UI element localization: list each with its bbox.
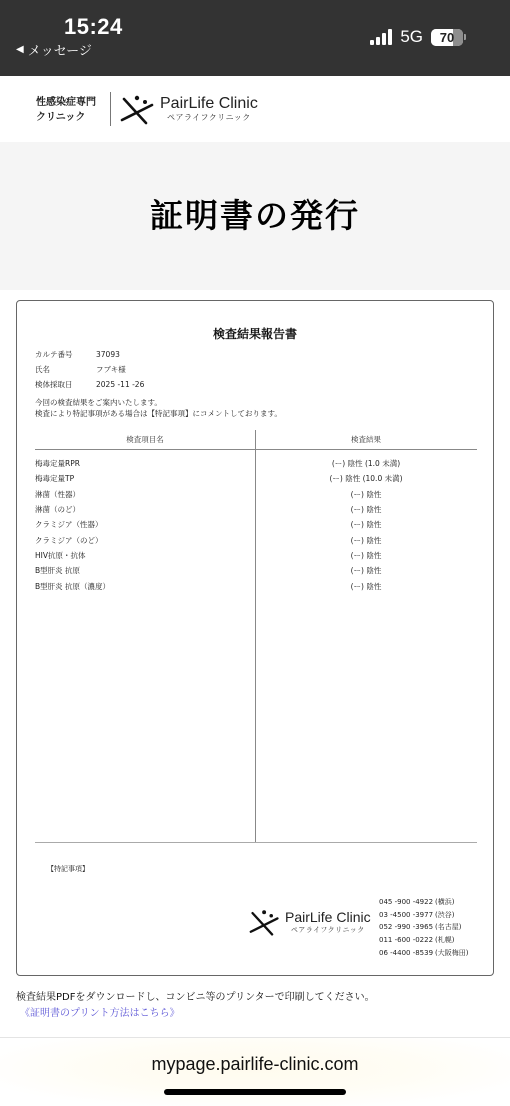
- url-text[interactable]: mypage.pairlife-clinic.com: [0, 1054, 510, 1075]
- table-row: クラミジア（性器）(ー) 陰性: [35, 517, 477, 532]
- battery-level: 70: [431, 29, 463, 46]
- logo-text-jp: ペアライフクリニック: [291, 925, 365, 935]
- table-row: 淋菌（性器）(ー) 陰性: [35, 487, 477, 502]
- home-indicator[interactable]: [164, 1089, 346, 1095]
- table-row: B型肝炎 抗原(ー) 陰性: [35, 563, 477, 578]
- back-arrow-icon: ◀: [16, 44, 24, 55]
- table-row: 淋菌（のど）(ー) 陰性: [35, 502, 477, 517]
- table-row: 梅毒定量TP(ー) 陰性 (10.0 未満): [35, 471, 477, 486]
- phone-entry: 011 -600 -0222(札幌): [379, 934, 468, 947]
- collection-date: 2025 -11 -26: [96, 380, 144, 389]
- logo-text-jp: ペアライフクリニック: [167, 113, 251, 123]
- table-bottom-divider: [35, 842, 477, 843]
- print-method-link[interactable]: 《証明書のプリント方法はこちら》: [20, 1004, 180, 1019]
- status-time: 15:24: [64, 14, 123, 40]
- battery-icon: 70: [431, 29, 463, 46]
- site-header: 性感染症専門 クリニック PairLife Clinic ペアライフクリニック: [0, 76, 510, 142]
- chart-number-row: カルテ番号 37093: [35, 347, 144, 362]
- back-to-messages-button[interactable]: ◀ メッセージ: [16, 40, 92, 59]
- phone-entry: 045 -900 -4922(横浜): [379, 896, 468, 909]
- pairlife-logo-icon: [249, 907, 281, 937]
- phone-entry: 052 -990 -3965(名古屋): [379, 921, 468, 934]
- column-header-test-name: 検査項目名: [35, 434, 255, 445]
- report-intro: 今回の検査結果をご案内いたします。 検査により特記事項がある場合は【特記事項】に…: [35, 397, 282, 419]
- chart-number: 37093: [96, 350, 120, 359]
- browser-address-bar[interactable]: mypage.pairlife-clinic.com: [0, 1037, 510, 1106]
- phone-entry: 03 -4500 -3977(渋谷): [379, 909, 468, 922]
- patient-info: カルテ番号 37093 氏名 フブキ様 検体採取日 2025 -11 -26: [35, 347, 144, 392]
- patient-name: フブキ様: [96, 364, 126, 375]
- print-instructions: 検査結果PDFをダウンロードし、コンビニ等のプリンターで印刷してください。: [16, 988, 375, 1003]
- patient-name-row: 氏名 フブキ様: [35, 362, 144, 377]
- certificate-preview: 検査結果報告書 カルテ番号 37093 氏名 フブキ様 検体採取日 2025 -…: [16, 300, 494, 976]
- table-row: 梅毒定量RPR(ー) 陰性 (1.0 未満): [35, 456, 477, 471]
- results-table: 梅毒定量RPR(ー) 陰性 (1.0 未満) 梅毒定量TP(ー) 陰性 (10.…: [35, 456, 477, 594]
- page-title: 証明書の発行: [150, 190, 360, 237]
- collection-date-row: 検体採取日 2025 -11 -26: [35, 377, 144, 392]
- column-header-result: 検査結果: [255, 434, 477, 445]
- logo-text-en: PairLife Clinic: [160, 95, 258, 113]
- hero-section: 証明書の発行: [0, 142, 510, 290]
- clinic-phone-list: 045 -900 -4922(横浜) 03 -4500 -3977(渋谷) 05…: [379, 896, 468, 959]
- table-row: HIV抗原・抗体(ー) 陰性: [35, 548, 477, 563]
- table-row: クラミジア（のど）(ー) 陰性: [35, 532, 477, 547]
- signal-strength-icon: [370, 29, 392, 45]
- report-title: 検査結果報告書: [17, 325, 493, 342]
- clinic-logo[interactable]: PairLife Clinic ペアライフクリニック: [120, 93, 258, 125]
- logo-text-en: PairLife Clinic: [285, 909, 371, 925]
- certificate-clinic-logo: PairLife Clinic ペアライフクリニック: [249, 907, 371, 937]
- back-label: メッセージ: [28, 40, 92, 59]
- phone-entry: 06 -4400 -8539(大阪梅田): [379, 946, 468, 959]
- battery-tip: [464, 34, 466, 40]
- status-bar: 15:24 ◀ メッセージ 5G 70: [0, 0, 510, 76]
- network-type: 5G: [400, 27, 423, 47]
- notes-label: 【特記事項】: [47, 864, 89, 874]
- table-header-divider: [35, 449, 477, 450]
- table-row: B型肝炎 抗原（濃度）(ー) 陰性: [35, 578, 477, 593]
- status-indicators: 5G 70: [370, 27, 466, 47]
- clinic-tagline: 性感染症専門 クリニック: [36, 95, 96, 125]
- header-divider: [110, 92, 111, 126]
- pairlife-logo-icon: [120, 93, 156, 125]
